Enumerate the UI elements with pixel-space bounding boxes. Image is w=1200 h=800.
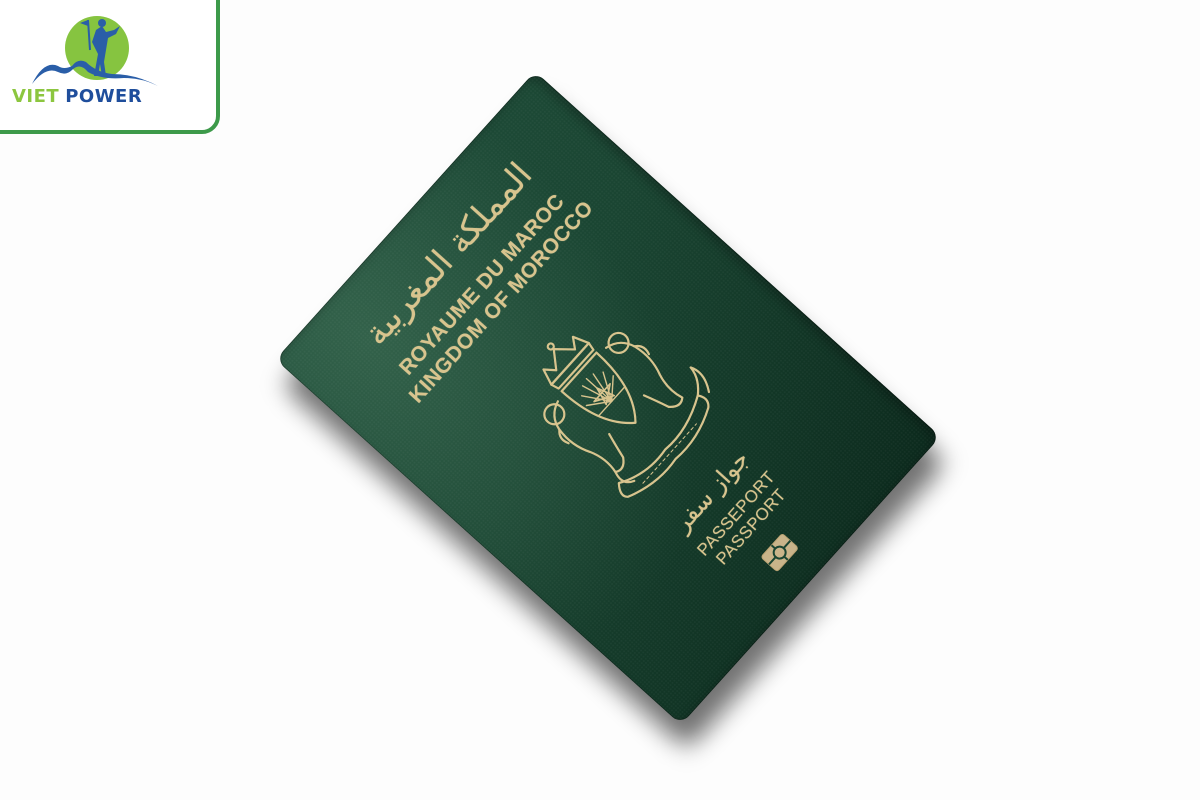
hiker-with-flag-icon	[32, 14, 162, 92]
logo-word-power: POWER	[65, 86, 142, 107]
logo-word-viet: VIET	[12, 86, 59, 107]
viet-power-logo: VIETPOWER	[0, 0, 220, 134]
logo-wordmark: VIETPOWER	[12, 86, 142, 107]
passport-cover: المملكة المغربية ROYAUME DU MAROC KINGDO…	[275, 71, 940, 725]
